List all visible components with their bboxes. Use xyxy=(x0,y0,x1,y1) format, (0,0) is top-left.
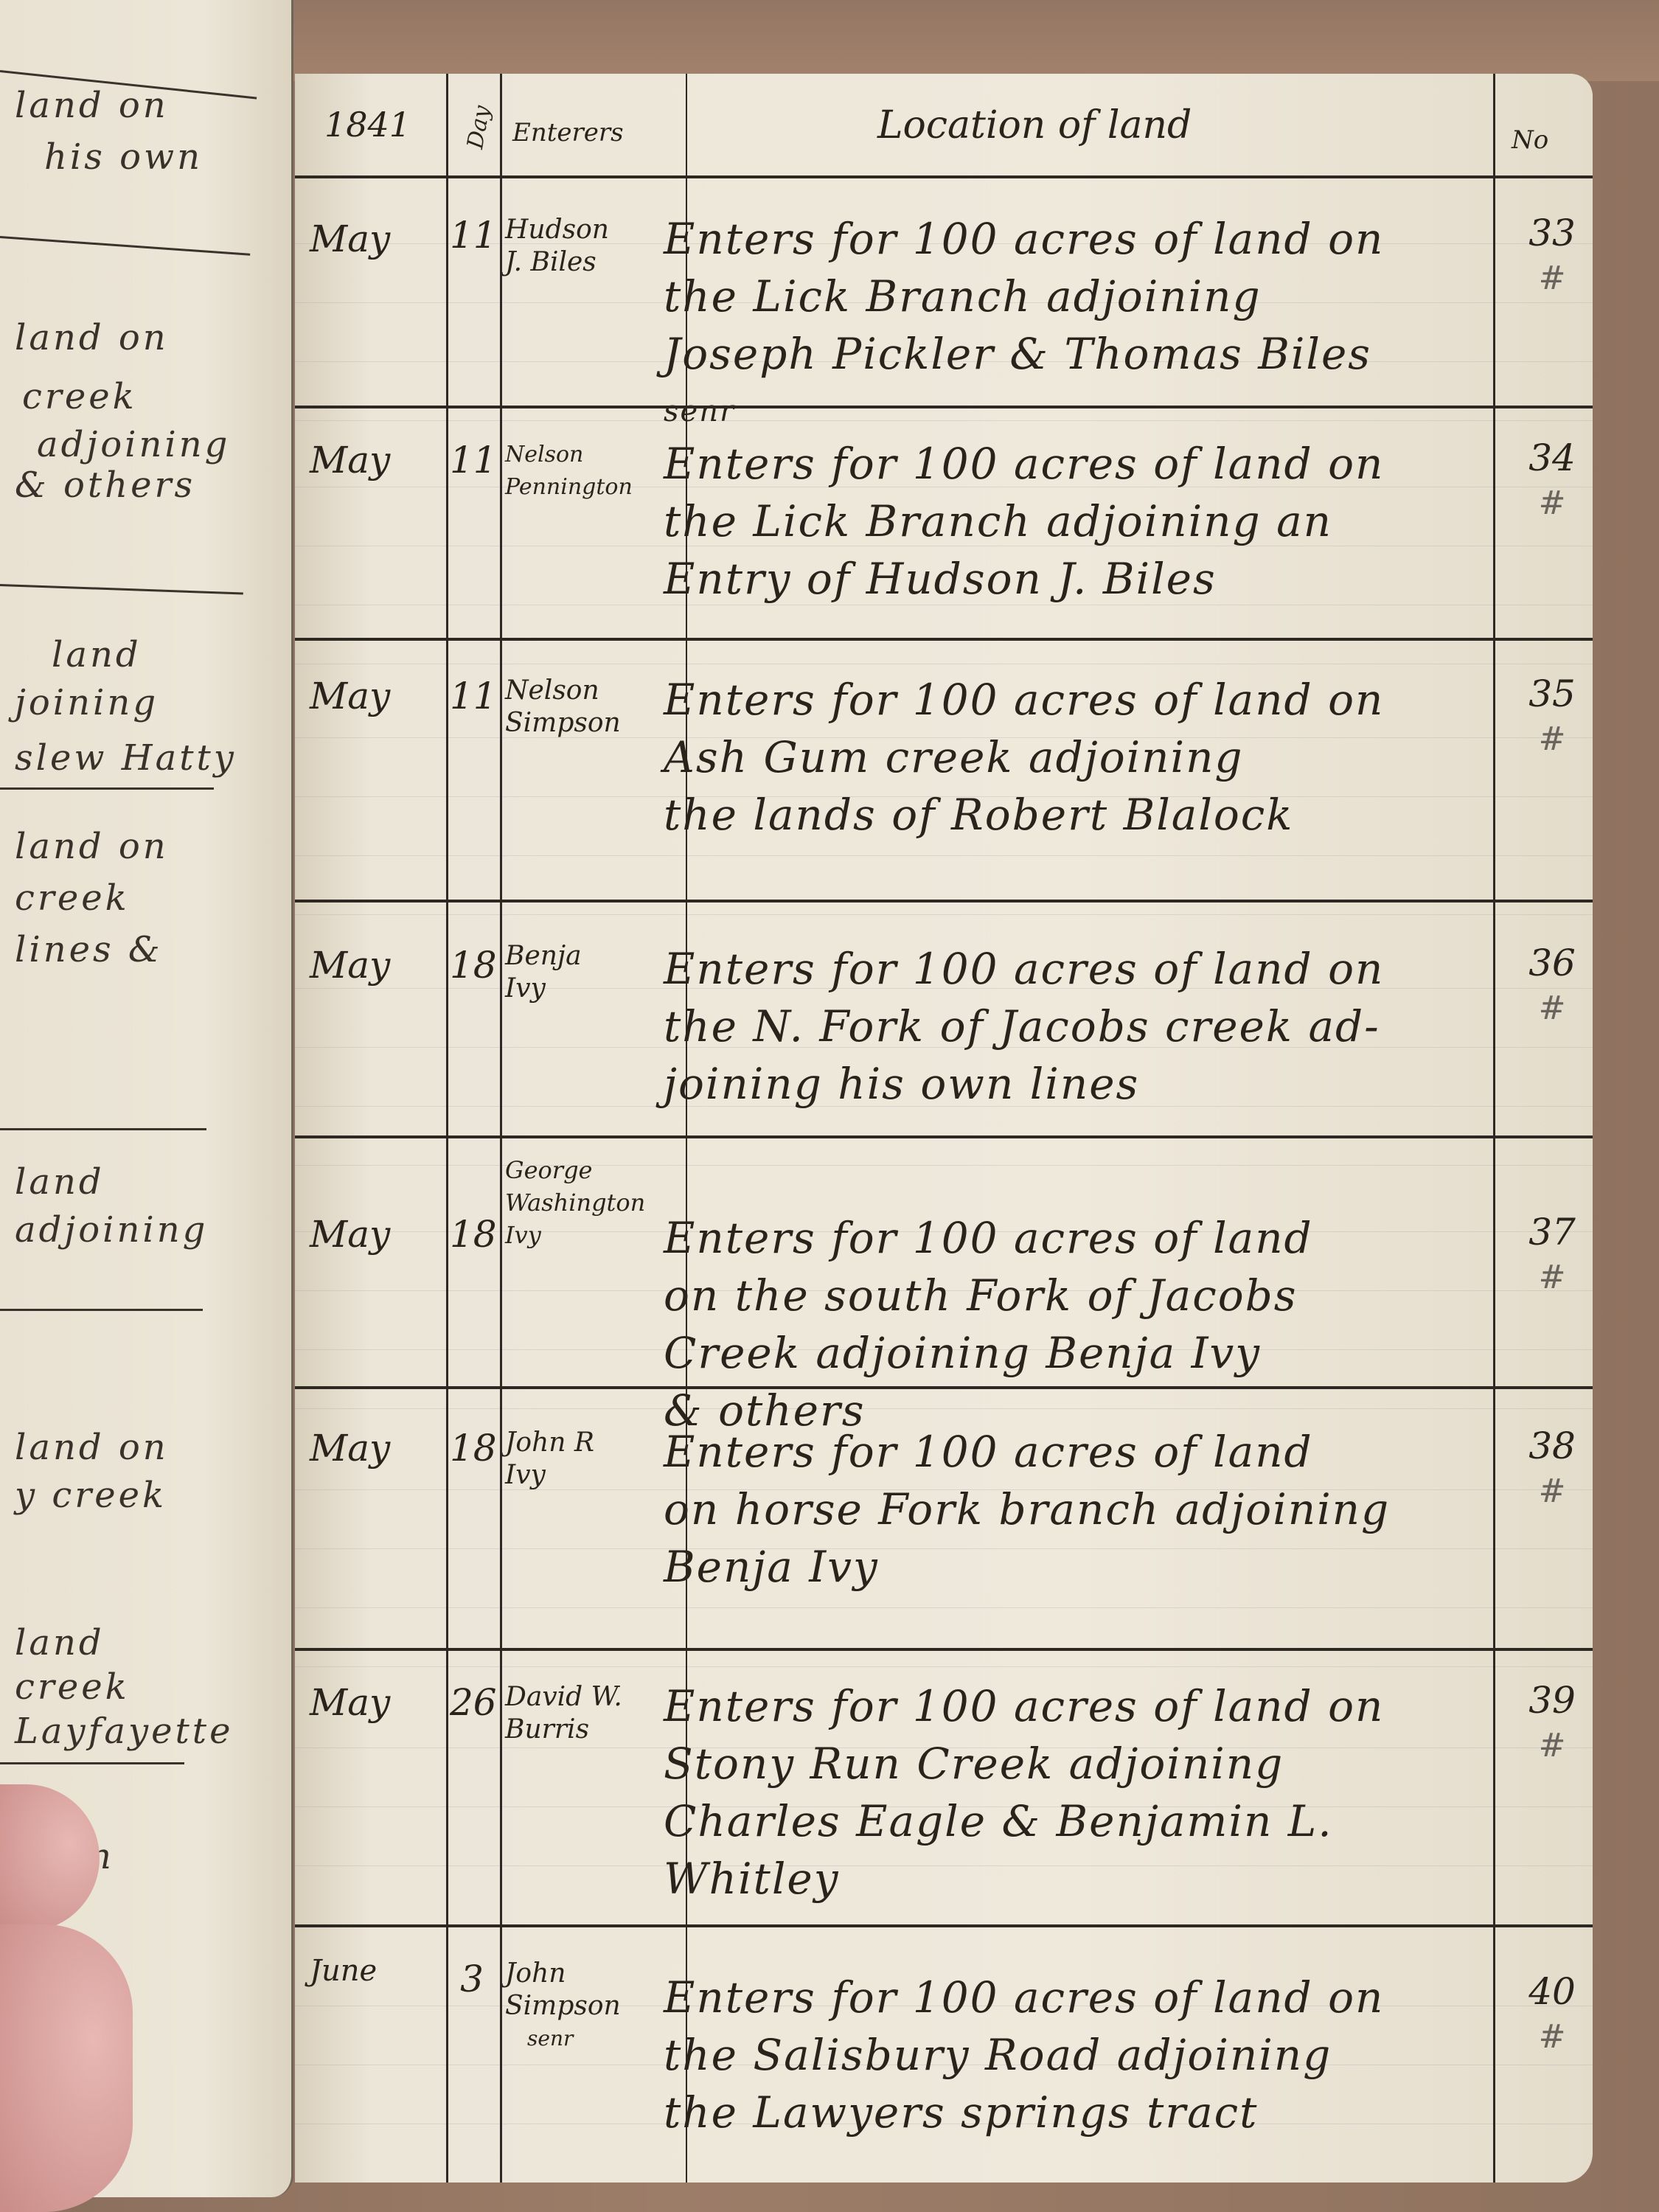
left-text-fragment: creek xyxy=(15,1666,265,1708)
entry-month: May xyxy=(310,675,390,717)
ledger-entry: June 3 JohnSimpson senr Enters for 100 a… xyxy=(295,1928,1593,2179)
left-row-divider xyxy=(0,1762,184,1764)
left-text-fragment: joining xyxy=(15,682,265,723)
entry-day: 11 xyxy=(450,439,494,481)
left-text-fragment: land xyxy=(15,1161,265,1203)
entry-enterer: JohnSimpson senr xyxy=(505,1958,645,2055)
entry-month: May xyxy=(310,944,390,987)
entry-day: 26 xyxy=(450,1681,494,1724)
entry-month: May xyxy=(310,1213,390,1256)
entry-number: 33# xyxy=(1519,210,1585,302)
left-row-divider xyxy=(0,787,214,790)
entry-enterer: NelsonPennington xyxy=(505,439,645,504)
left-text-fragment: land on xyxy=(15,1427,265,1468)
row-divider xyxy=(295,1924,1593,1927)
left-row-divider xyxy=(0,1128,206,1130)
entry-enterer: NelsonSimpson xyxy=(505,675,645,740)
entry-number: 36# xyxy=(1519,940,1585,1032)
hash-mark: # xyxy=(1519,481,1585,526)
entry-location: Enters for 100 acres of land onStony Run… xyxy=(664,1677,1659,1907)
left-text-fragment: slew Hatty xyxy=(15,737,265,779)
entry-day: 18 xyxy=(450,1427,494,1470)
left-text-fragment: adjoining xyxy=(37,424,288,465)
entry-location: Enters for 100 acres of landon horse For… xyxy=(664,1423,1659,1596)
row-divider xyxy=(295,1135,1593,1138)
entry-number: 40# xyxy=(1519,1969,1585,2060)
hash-mark: # xyxy=(1519,1255,1585,1301)
hash-mark: # xyxy=(1519,1469,1585,1514)
header-enterers: Enterers xyxy=(512,118,624,147)
row-divider xyxy=(295,1648,1593,1651)
entry-number: 38# xyxy=(1519,1423,1585,1514)
left-text-fragment: Layfayette xyxy=(15,1711,265,1752)
hash-mark: # xyxy=(1519,2014,1585,2060)
entry-day: 18 xyxy=(450,944,494,987)
entry-number: 39# xyxy=(1519,1677,1585,1769)
left-text-fragment: land xyxy=(15,1622,265,1663)
entry-day: 11 xyxy=(450,675,494,717)
ledger-entry: May 26 David W.Burris Enters for 100 acr… xyxy=(295,1652,1593,1947)
left-text-fragment: creek xyxy=(15,877,265,919)
row-divider xyxy=(295,1386,1593,1389)
entry-day: 11 xyxy=(450,214,494,257)
entry-month: May xyxy=(310,439,390,481)
entry-enterer: GeorgeWashington Ivy xyxy=(505,1154,645,1251)
finger xyxy=(0,1924,133,2212)
ledger-entry: May 18 John RIvy Enters for 100 acres of… xyxy=(295,1390,1593,1644)
entry-month: May xyxy=(310,1427,390,1470)
row-divider xyxy=(295,406,1593,408)
entry-month: June xyxy=(310,1954,377,1988)
left-text-fragment: land on xyxy=(15,317,265,358)
hash-mark: # xyxy=(1519,717,1585,762)
left-row-divider xyxy=(0,236,250,256)
entry-location: Enters for 100 acres of land onAsh Gum c… xyxy=(664,671,1659,844)
left-text-fragment: & others xyxy=(15,465,265,506)
entry-day: 3 xyxy=(450,1958,494,2000)
hash-mark: # xyxy=(1519,986,1585,1032)
header-divider xyxy=(295,175,1593,178)
ledger-entry: May 11 NelsonSimpson Enters for 100 acre… xyxy=(295,641,1593,900)
entry-enterer: BenjaIvy xyxy=(505,940,645,1005)
hash-mark: # xyxy=(1519,1723,1585,1769)
ledger-entry: May 11 NelsonPennington Enters for 100 a… xyxy=(295,409,1593,638)
left-row-divider xyxy=(0,1309,203,1311)
row-divider xyxy=(295,638,1593,641)
left-text-fragment: creek xyxy=(22,376,273,417)
entry-day: 18 xyxy=(450,1213,494,1256)
left-text-fragment: y creek xyxy=(15,1475,265,1516)
left-text-fragment: land on xyxy=(15,826,265,867)
hash-mark: # xyxy=(1519,256,1585,302)
entry-enterer: John RIvy xyxy=(505,1427,645,1492)
entry-enterer: HudsonJ. Biles xyxy=(505,214,645,279)
left-text-fragment: lines & xyxy=(15,929,265,970)
entry-location: Enters for 100 acres of land onthe Lick … xyxy=(664,435,1659,608)
entry-enterer: David W.Burris xyxy=(505,1681,645,1746)
row-divider xyxy=(295,900,1593,902)
header-year: 1841 xyxy=(324,105,411,145)
left-text-fragment: his own xyxy=(44,136,295,178)
entry-number: 35# xyxy=(1519,671,1585,762)
header-location: Location of land xyxy=(877,103,1192,147)
left-text-fragment: adjoining xyxy=(15,1209,265,1251)
header-number: No xyxy=(1512,125,1548,155)
entry-number: 34# xyxy=(1519,435,1585,526)
entry-location: Enters for 100 acres of land onthe Salis… xyxy=(664,1969,1659,2141)
left-row-divider xyxy=(0,584,243,595)
entry-location: Enters for 100 acres of land onthe N. Fo… xyxy=(664,940,1659,1113)
entry-month: May xyxy=(310,218,390,260)
entry-number: 37# xyxy=(1519,1209,1585,1301)
header-day: Day xyxy=(462,103,495,150)
ledger-page: 1841 Day Enterers Location of land No Ma… xyxy=(295,74,1593,2183)
left-text-fragment: land xyxy=(52,634,302,675)
entry-month: May xyxy=(310,1681,390,1724)
left-text-fragment: land on xyxy=(15,85,265,126)
